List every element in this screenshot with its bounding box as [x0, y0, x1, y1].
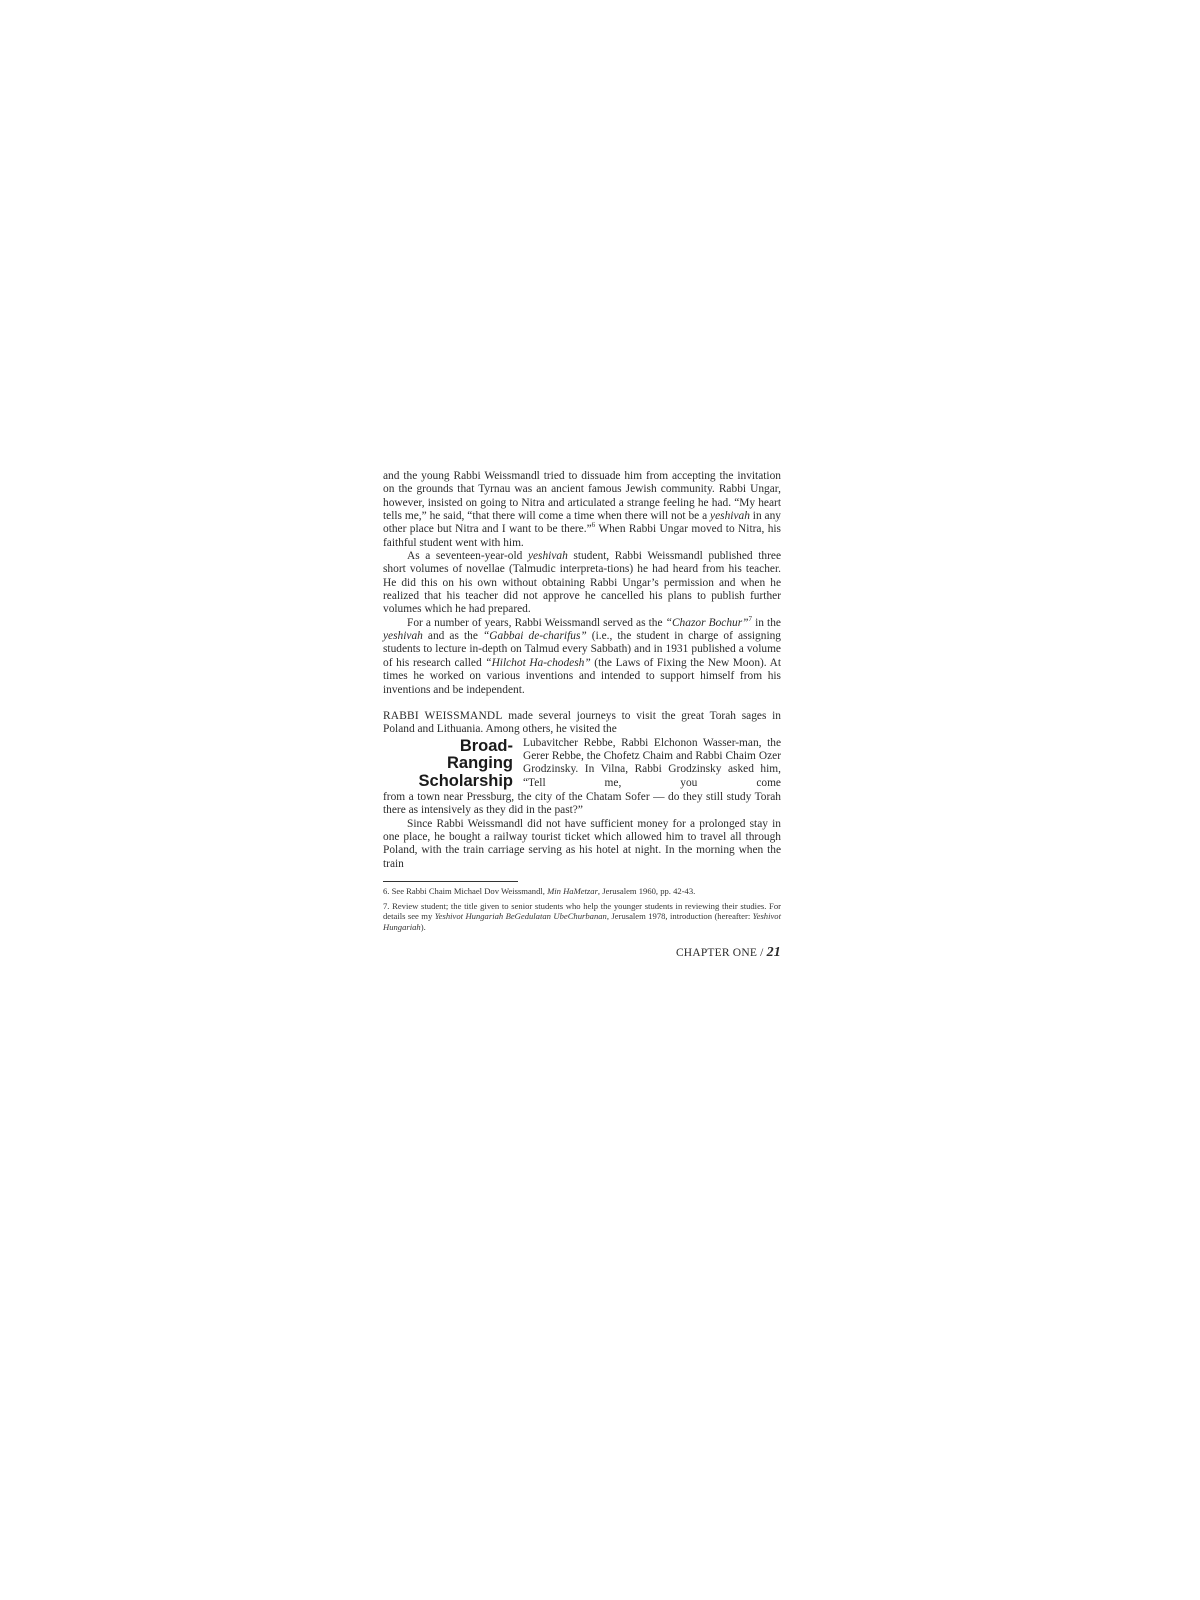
text-run: and as the	[423, 630, 483, 642]
italic-text: yeshivah	[528, 550, 568, 562]
page-number: 21	[767, 945, 781, 960]
section-sidehead: Broad- Ranging Scholarship	[383, 738, 513, 791]
book-page: and the young Rabbi Weissmandl tried to …	[383, 470, 781, 966]
folio-label: CHAPTER ONE /	[676, 947, 767, 959]
sidehead-line: Ranging	[383, 755, 513, 773]
footnotes: 6. See Rabbi Chaim Michael Dov Weissmand…	[383, 886, 781, 932]
italic-text: Min HaMetzar	[547, 886, 598, 896]
paragraph: Since Rabbi Weissmandl did not have suff…	[383, 818, 781, 871]
italic-text: yeshivah	[710, 510, 750, 522]
text-run: For a number of years, Rabbi Weissmandl …	[407, 617, 666, 629]
sidehead-line: Broad-	[383, 738, 513, 756]
text-run: As a seventeen-year-old	[407, 550, 528, 562]
paragraph: As a seventeen-year-old yeshivah student…	[383, 550, 781, 617]
italic-text: yeshivah	[383, 630, 423, 642]
after-sidehead-text: from a town near Pressburg, the city of …	[383, 791, 781, 818]
body-text: and the young Rabbi Weissmandl tried to …	[383, 470, 781, 697]
italic-text: “Gabbai de-charifus”	[483, 630, 587, 642]
paragraph: For a number of years, Rabbi Weissmandl …	[383, 617, 781, 697]
footnote-rule	[383, 881, 518, 882]
sidehead-line: Scholarship	[383, 773, 513, 791]
text-run: 6. See Rabbi Chaim Michael Dov Weissmand…	[383, 886, 547, 896]
italic-text: Yeshivot Hungariah BeGedulatan UbeChurba…	[435, 911, 607, 921]
section-gap	[383, 697, 781, 710]
footnote: 6. See Rabbi Chaim Michael Dov Weissmand…	[383, 886, 781, 897]
sidehead-block: Broad- Ranging Scholarship Lubavitcher R…	[383, 737, 781, 791]
lead-small-caps: RABBI WEISSMANDL	[383, 710, 503, 722]
text-run: , Jerusalem 1978, introduction (hereafte…	[607, 911, 753, 921]
text-run: ).	[421, 922, 426, 932]
section-lead-paragraph: RABBI WEISSMANDL made several journeys t…	[383, 710, 781, 737]
text-run: in the	[752, 617, 781, 629]
text-run: , Jerusalem 1960, pp. 42-43.	[598, 886, 695, 896]
section-broad-ranging-scholarship: RABBI WEISSMANDL made several journeys t…	[383, 710, 781, 871]
italic-text: “Hilchot Ha-chodesh”	[485, 657, 590, 669]
footnote: 7. Review student; the title given to se…	[383, 901, 781, 933]
italic-text: “Chazor Bochur”	[666, 617, 749, 629]
folio: CHAPTER ONE / 21	[383, 946, 781, 966]
paragraph: and the young Rabbi Weissmandl tried to …	[383, 470, 781, 550]
